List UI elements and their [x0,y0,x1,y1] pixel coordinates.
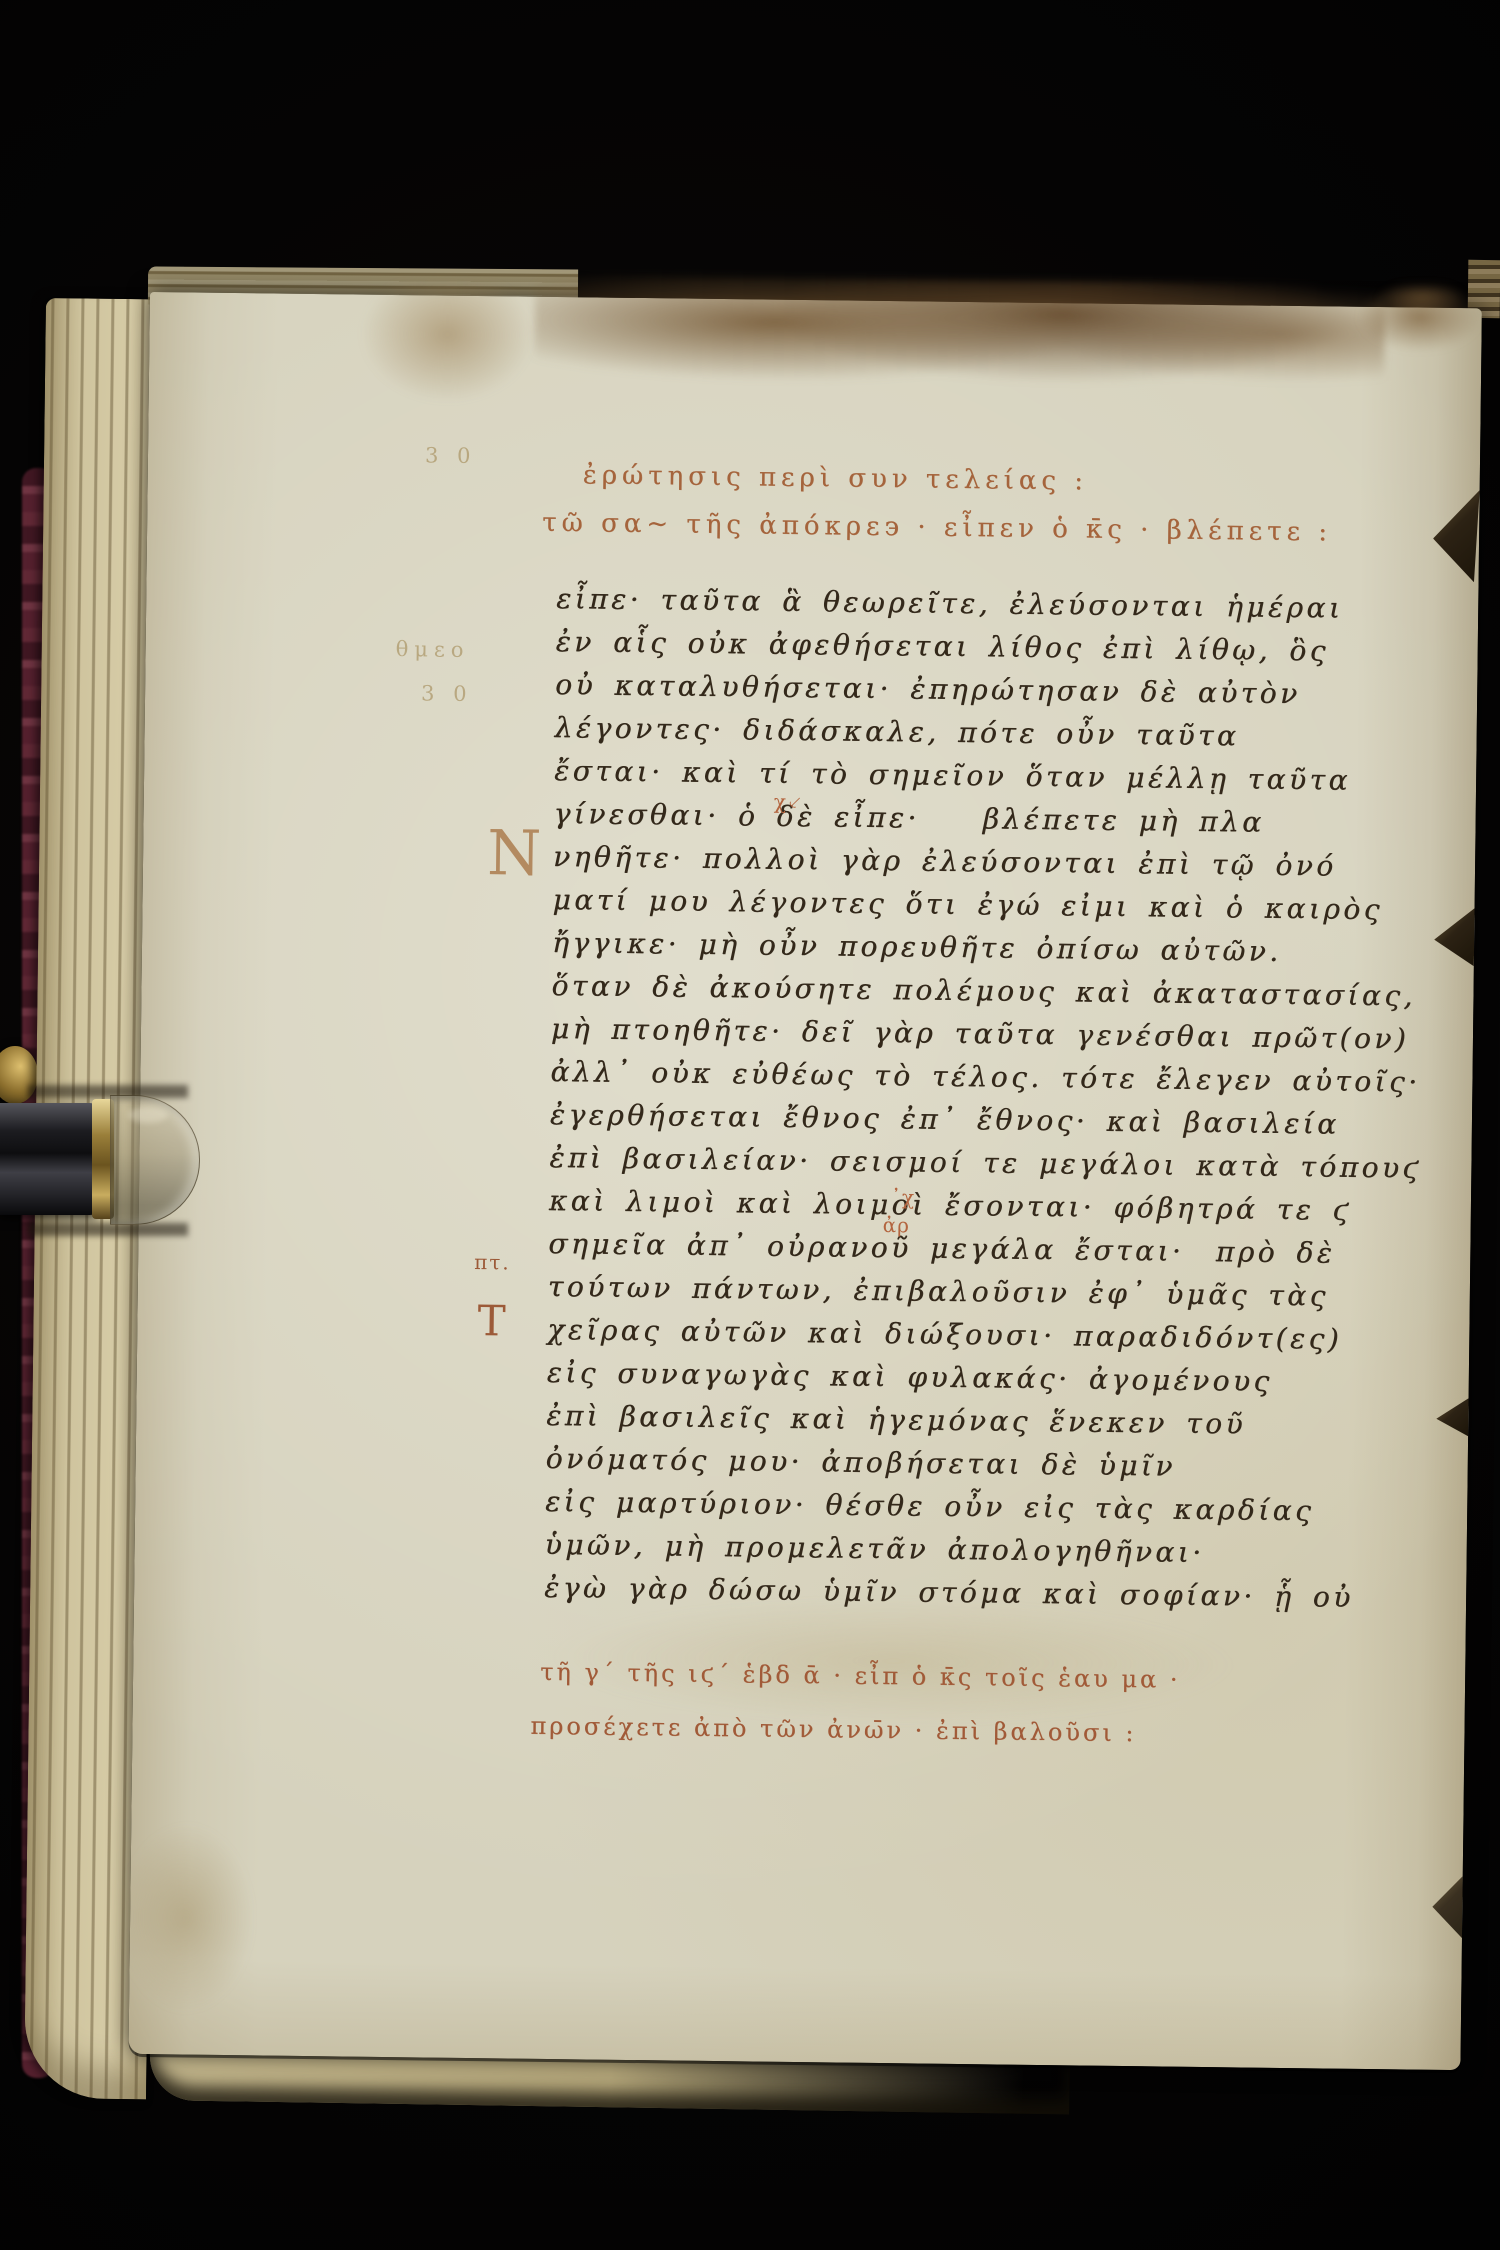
page-weight-clamp [0,1085,210,1237]
foredge-tab [1432,1876,1463,1938]
header-rubric: ἐρώτησις περὶ συν τελείας :τῶ σα~ τῆς ἀπ… [542,451,1333,557]
footer-rubric-line-1: τῆ γ΄ τῆς ιϛ΄ ἑβδ ᾱ · εἶπ ὁ κ̄ς τοῖς ἑαυ… [540,1645,1181,1707]
clamp-shadow [28,1223,188,1236]
foredge-tab [1436,1398,1468,1436]
stain-top-left [338,282,580,455]
header-rubric-line-2: τῶ σα~ τῆς ἀπόκρε϶ · εἶπεν ὁ κ̄ς · βλέπε… [542,499,1332,557]
foredge-tab [1434,908,1475,966]
margin-offset-mark: θμεο [396,637,470,662]
photo-canvas: ἐρώτησις περὶ συν τελείας :τῶ σα~ τῆς ἀπ… [0,0,1500,2250]
margin-offset-mark: 3 0 [421,681,473,706]
lection-start-mark: ᾽χ [891,1185,915,1209]
clamp-rod [0,1103,100,1215]
glass-highlight [128,1107,168,1123]
foredge-tab [1433,486,1480,583]
margin-offset-mark: 3 0 [425,443,477,468]
lection-start-mark: ἀρ [883,1213,911,1237]
footer-rubric-line-2: προσέχετε ἀπὸ τῶν ἀνω̄ν · ἐπὶ βαλοῦσι : [530,1699,1180,1761]
main-text-block: εἶπε· ταῦτα ἃ θεωρεῖτε, ἐλεύσονται ἡμέρα… [544,577,1417,1619]
manuscript-page: ἐρώτησις περὶ συν τελείας :τῶ σα~ τῆς ἀπ… [128,292,1481,2070]
stain-top [534,275,1385,397]
lection-start-mark: χ⸔ [774,788,803,815]
telos-large: Τ [473,1300,510,1342]
telos-small: πτ. [474,1252,511,1272]
clamp-shadow [28,1085,188,1098]
footer-rubric: τῆ γ΄ τῆς ιϛ΄ ἑβδ ᾱ · εἶπ ὁ κ̄ς τοῖς ἑαυ… [530,1645,1181,1761]
stain-bottom-left [125,1802,278,2014]
margin-initial: Ν [487,816,542,890]
margin-telos-mark: πτ. Τ [473,1220,511,1374]
stain-top-right [1344,289,1495,361]
